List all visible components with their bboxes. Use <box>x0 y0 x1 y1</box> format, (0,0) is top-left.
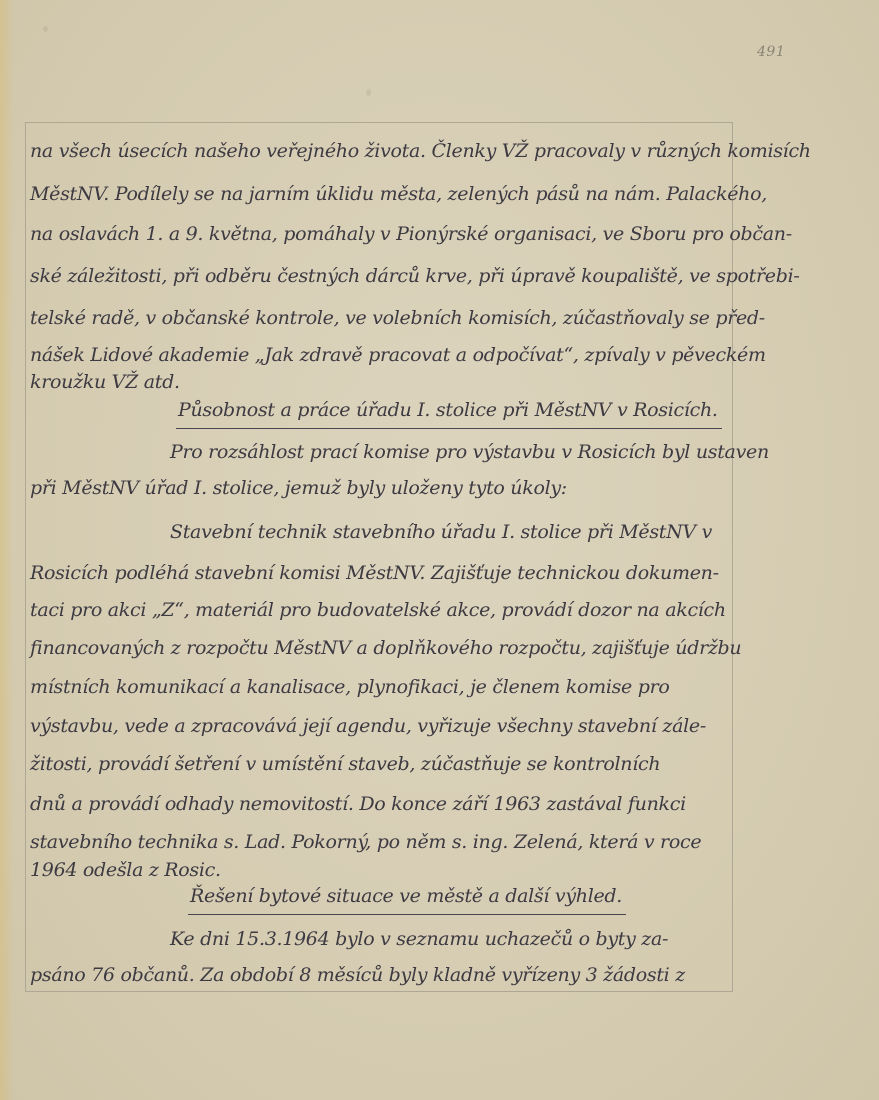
text-line: na oslavách 1. a 9. května, pomáhaly v P… <box>30 214 735 254</box>
text-line: ské záležitosti, při odběru čestných dár… <box>30 256 735 296</box>
text-line: místních komunikací a kanalisace, plynof… <box>30 667 735 707</box>
section-heading-1: Působnost a práce úřadu I. stolice při M… <box>176 392 722 429</box>
text-line: výstavbu, vede a zpracovává její agendu,… <box>30 706 735 746</box>
text-line: Rosicích podléhá stavební komisi MěstNV.… <box>30 553 735 593</box>
text-line: dnů a provádí odhady nemovitostí. Do kon… <box>30 784 735 824</box>
text-line: při MěstNV úřad I. stolice, jemuž byly u… <box>30 468 735 508</box>
text-line: Stavební technik stavebního úřadu I. sto… <box>30 512 735 552</box>
text-line: Ke dni 15.3.1964 bylo v seznamu uchazečů… <box>30 919 735 959</box>
text-line: taci pro akci „Z“, materiál pro budovate… <box>30 590 735 630</box>
text-line: psáno 76 občanů. Za období 8 měsíců byly… <box>30 955 735 995</box>
text-line: na všech úsecích našeho veřejného života… <box>30 131 735 171</box>
text-line: MěstNV. Podílely se na jarním úklidu měs… <box>30 174 735 214</box>
text-line: financovaných z rozpočtu MěstNV a doplňk… <box>30 628 735 668</box>
text-line: žitosti, provádí šetření v umístění stav… <box>30 744 735 784</box>
paper-spot <box>43 26 48 32</box>
paper-spot <box>366 89 371 96</box>
section-heading-2: Řešení bytové situace ve městě a další v… <box>188 878 626 915</box>
text-line: telské radě, v občanské kontrole, ve vol… <box>30 298 735 338</box>
text-line: Pro rozsáhlost prací komise pro výstavbu… <box>30 432 735 472</box>
page-number: 491 <box>757 44 785 60</box>
